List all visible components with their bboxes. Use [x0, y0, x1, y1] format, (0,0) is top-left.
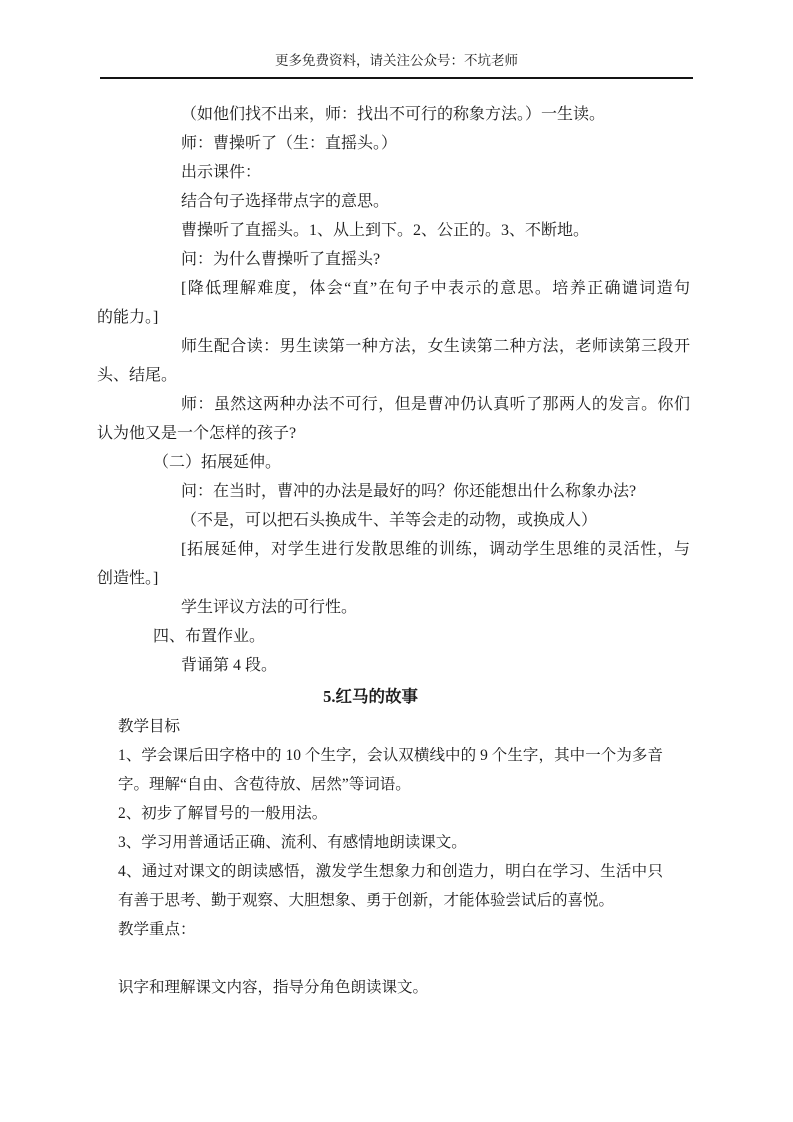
blank-line — [118, 944, 663, 973]
text-line: 2、初步了解冒号的一般用法。 — [118, 799, 663, 828]
text-line: 学生评议方法的可行性。 — [97, 593, 690, 622]
text-line: 教学目标 — [118, 712, 663, 741]
text-line: 教学重点： — [118, 915, 663, 944]
header-promo-text: 更多免费资料，请关注公众号：不坑老师 — [275, 53, 518, 68]
text-line: 问：为什么曹操听了直摇头? — [97, 245, 690, 274]
text-line: 有善于思考、勤于观察、大胆想象、勇于创新，才能体验尝试后的喜悦。 — [118, 886, 663, 915]
text-line: 四、布置作业。 — [97, 622, 690, 651]
text-line: 识字和理解课文内容，指导分角色朗读课文。 — [118, 973, 663, 1002]
text-line: 师：曹操听了（生：直摇头。） — [97, 129, 690, 158]
text-line: （不是，可以把石头换成牛、羊等会走的动物，或换成人） — [97, 506, 690, 535]
text-line: [降低理解难度，体会“直”在句子中表示的意思。培养正确谴词造句 — [97, 274, 690, 303]
text-line: 出示课件： — [97, 158, 690, 187]
header-promo-banner: 更多免费资料，请关注公众号：不坑老师 — [100, 51, 693, 79]
text-line: 结合句子选择带点字的意思。 — [97, 187, 690, 216]
next-lesson-section: 教学目标 1、学会课后田字格中的 10 个生字，会认双横线中的 9 个生字，其中… — [118, 712, 663, 1002]
text-line: 曹操听了直摇头。1、从上到下。2、公正的。3、不断地。 — [97, 216, 690, 245]
text-line: 师：虽然这两种办法不可行，但是曹冲仍认真听了那两人的发言。你们 — [97, 390, 690, 419]
text-line: 1、学会课后田字格中的 10 个生字，会认双横线中的 9 个生字，其中一个为多音 — [118, 741, 663, 770]
text-line: 头、结尾。 — [97, 361, 690, 390]
text-line: （如他们找不出来，师：找出不可行的称象方法。）一生读。 — [97, 100, 690, 129]
lesson-title: 5.红马的故事 — [97, 682, 690, 712]
text-line: 4、通过对课文的朗读感悟，激发学生想象力和创造力，明白在学习、生活中只 — [118, 857, 663, 886]
text-line: 师生配合读：男生读第一种方法，女生读第二种方法，老师读第三段开 — [97, 332, 690, 361]
document-body: （如他们找不出来，师：找出不可行的称象方法。）一生读。 师：曹操听了（生：直摇头… — [97, 100, 690, 1002]
text-line: 3、学习用普通话正确、流利、有感情地朗读课文。 — [118, 828, 663, 857]
text-line: 的能力。] — [97, 303, 690, 332]
text-line: （二）拓展延伸。 — [97, 448, 690, 477]
document-page: 更多免费资料，请关注公众号：不坑老师 （如他们找不出来，师：找出不可行的称象方法… — [0, 0, 793, 1122]
text-line: 创造性。] — [97, 564, 690, 593]
text-line: 认为他又是一个怎样的孩子? — [97, 419, 690, 448]
text-line: 字。理解“自由、含苞待放、居然”等词语。 — [118, 770, 663, 799]
text-line: [拓展延伸，对学生进行发散思维的训练，调动学生思维的灵活性，与 — [97, 535, 690, 564]
text-line: 背诵第 4 段。 — [97, 651, 690, 680]
text-line: 问：在当时，曹冲的办法是最好的吗？你还能想出什么称象办法? — [97, 477, 690, 506]
